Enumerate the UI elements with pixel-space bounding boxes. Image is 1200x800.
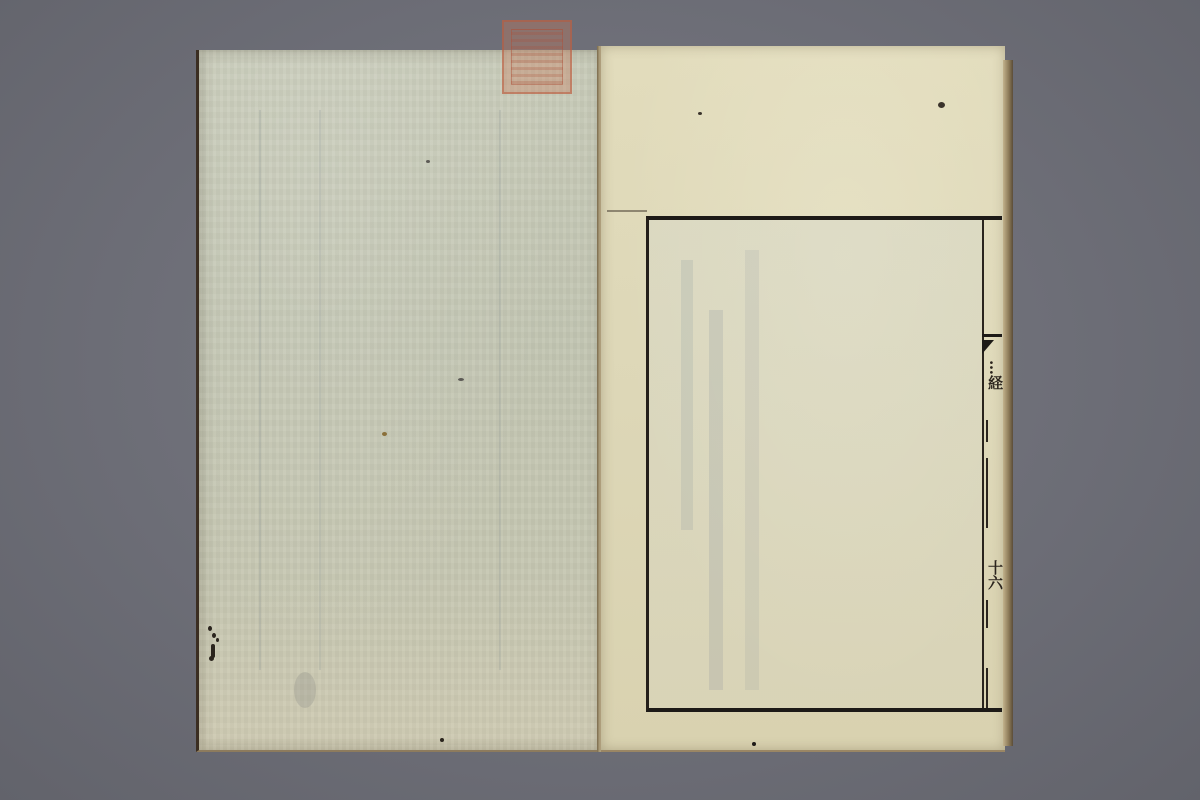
- frame-offset-mark: [607, 210, 647, 212]
- show-through-line: [259, 110, 261, 670]
- column-rule: [986, 668, 988, 708]
- fishtail-bar: [982, 334, 1002, 337]
- fishtail-mark: [982, 340, 994, 354]
- stain: [698, 112, 702, 115]
- ownership-seal: [502, 20, 572, 94]
- page-block-edge: [1003, 60, 1013, 746]
- stain: [752, 742, 756, 746]
- stain: [426, 160, 430, 163]
- show-through-text-column: [681, 260, 693, 530]
- column-rule: [986, 458, 988, 528]
- column-rule: [986, 600, 988, 628]
- show-through-text-column: [709, 310, 723, 690]
- stain: [458, 378, 464, 381]
- seal-inner-border: [511, 29, 563, 85]
- stain: [440, 738, 444, 742]
- printed-frame: …経 十六: [646, 216, 1002, 712]
- banxin-title: …経: [985, 360, 1006, 390]
- ink-mark: [206, 626, 220, 670]
- banxin-page-number: 十六: [985, 560, 1006, 590]
- column-rule: [986, 420, 988, 442]
- block-center-column: …経 十六: [982, 220, 1002, 708]
- stain: [382, 432, 387, 436]
- left-page: [196, 50, 603, 752]
- show-through-text-column: [745, 250, 759, 690]
- open-book: …経 十六: [0, 0, 1200, 800]
- stain: [938, 102, 945, 108]
- show-through-line: [499, 110, 501, 670]
- stain: [294, 672, 316, 708]
- text-area: [649, 220, 984, 708]
- show-through-line: [319, 110, 321, 670]
